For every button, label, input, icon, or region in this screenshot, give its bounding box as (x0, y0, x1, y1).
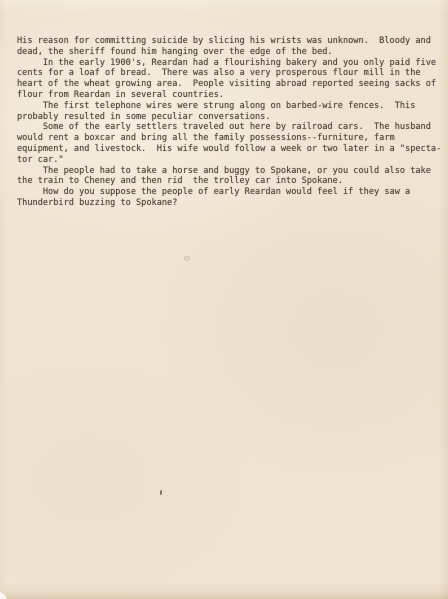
text-line: flour from Reardan in several countries. (17, 90, 443, 101)
scan-corner (0, 592, 7, 599)
text-line: Some of the early settlers traveled out … (17, 122, 443, 133)
text-line: probably resulted in some peculiar conve… (17, 112, 443, 123)
text-line: In the early 1900's, Reardan had a flour… (17, 58, 443, 69)
text-line: dead, the sheriff found him hanging over… (17, 47, 443, 58)
text-line: The first telephone wires were strung al… (17, 101, 443, 112)
text-line: His reason for committing suicide by sli… (17, 36, 443, 47)
text-line: heart of the wheat growing area. People … (17, 79, 443, 90)
text-line: Thunderbird buzzing to Spokane? (17, 198, 443, 209)
scanned-page: His reason for committing suicide by sli… (0, 0, 448, 599)
text-line: The people had to take a horse and buggy… (17, 166, 443, 177)
text-line: equipment, and livestock. His wife would… (17, 144, 443, 155)
text-line: would rent a boxcar and bring all the fa… (17, 133, 443, 144)
text-line: tor car." (17, 155, 443, 166)
paper-speck (184, 256, 190, 261)
paper-speck (160, 490, 163, 495)
text-line: cents for a loaf of bread. There was als… (17, 68, 443, 79)
typewritten-text: His reason for committing suicide by sli… (17, 36, 443, 209)
text-line: How do you suppose the people of early R… (17, 187, 443, 198)
text-line: the train to Cheney and then rid the tro… (17, 176, 443, 187)
